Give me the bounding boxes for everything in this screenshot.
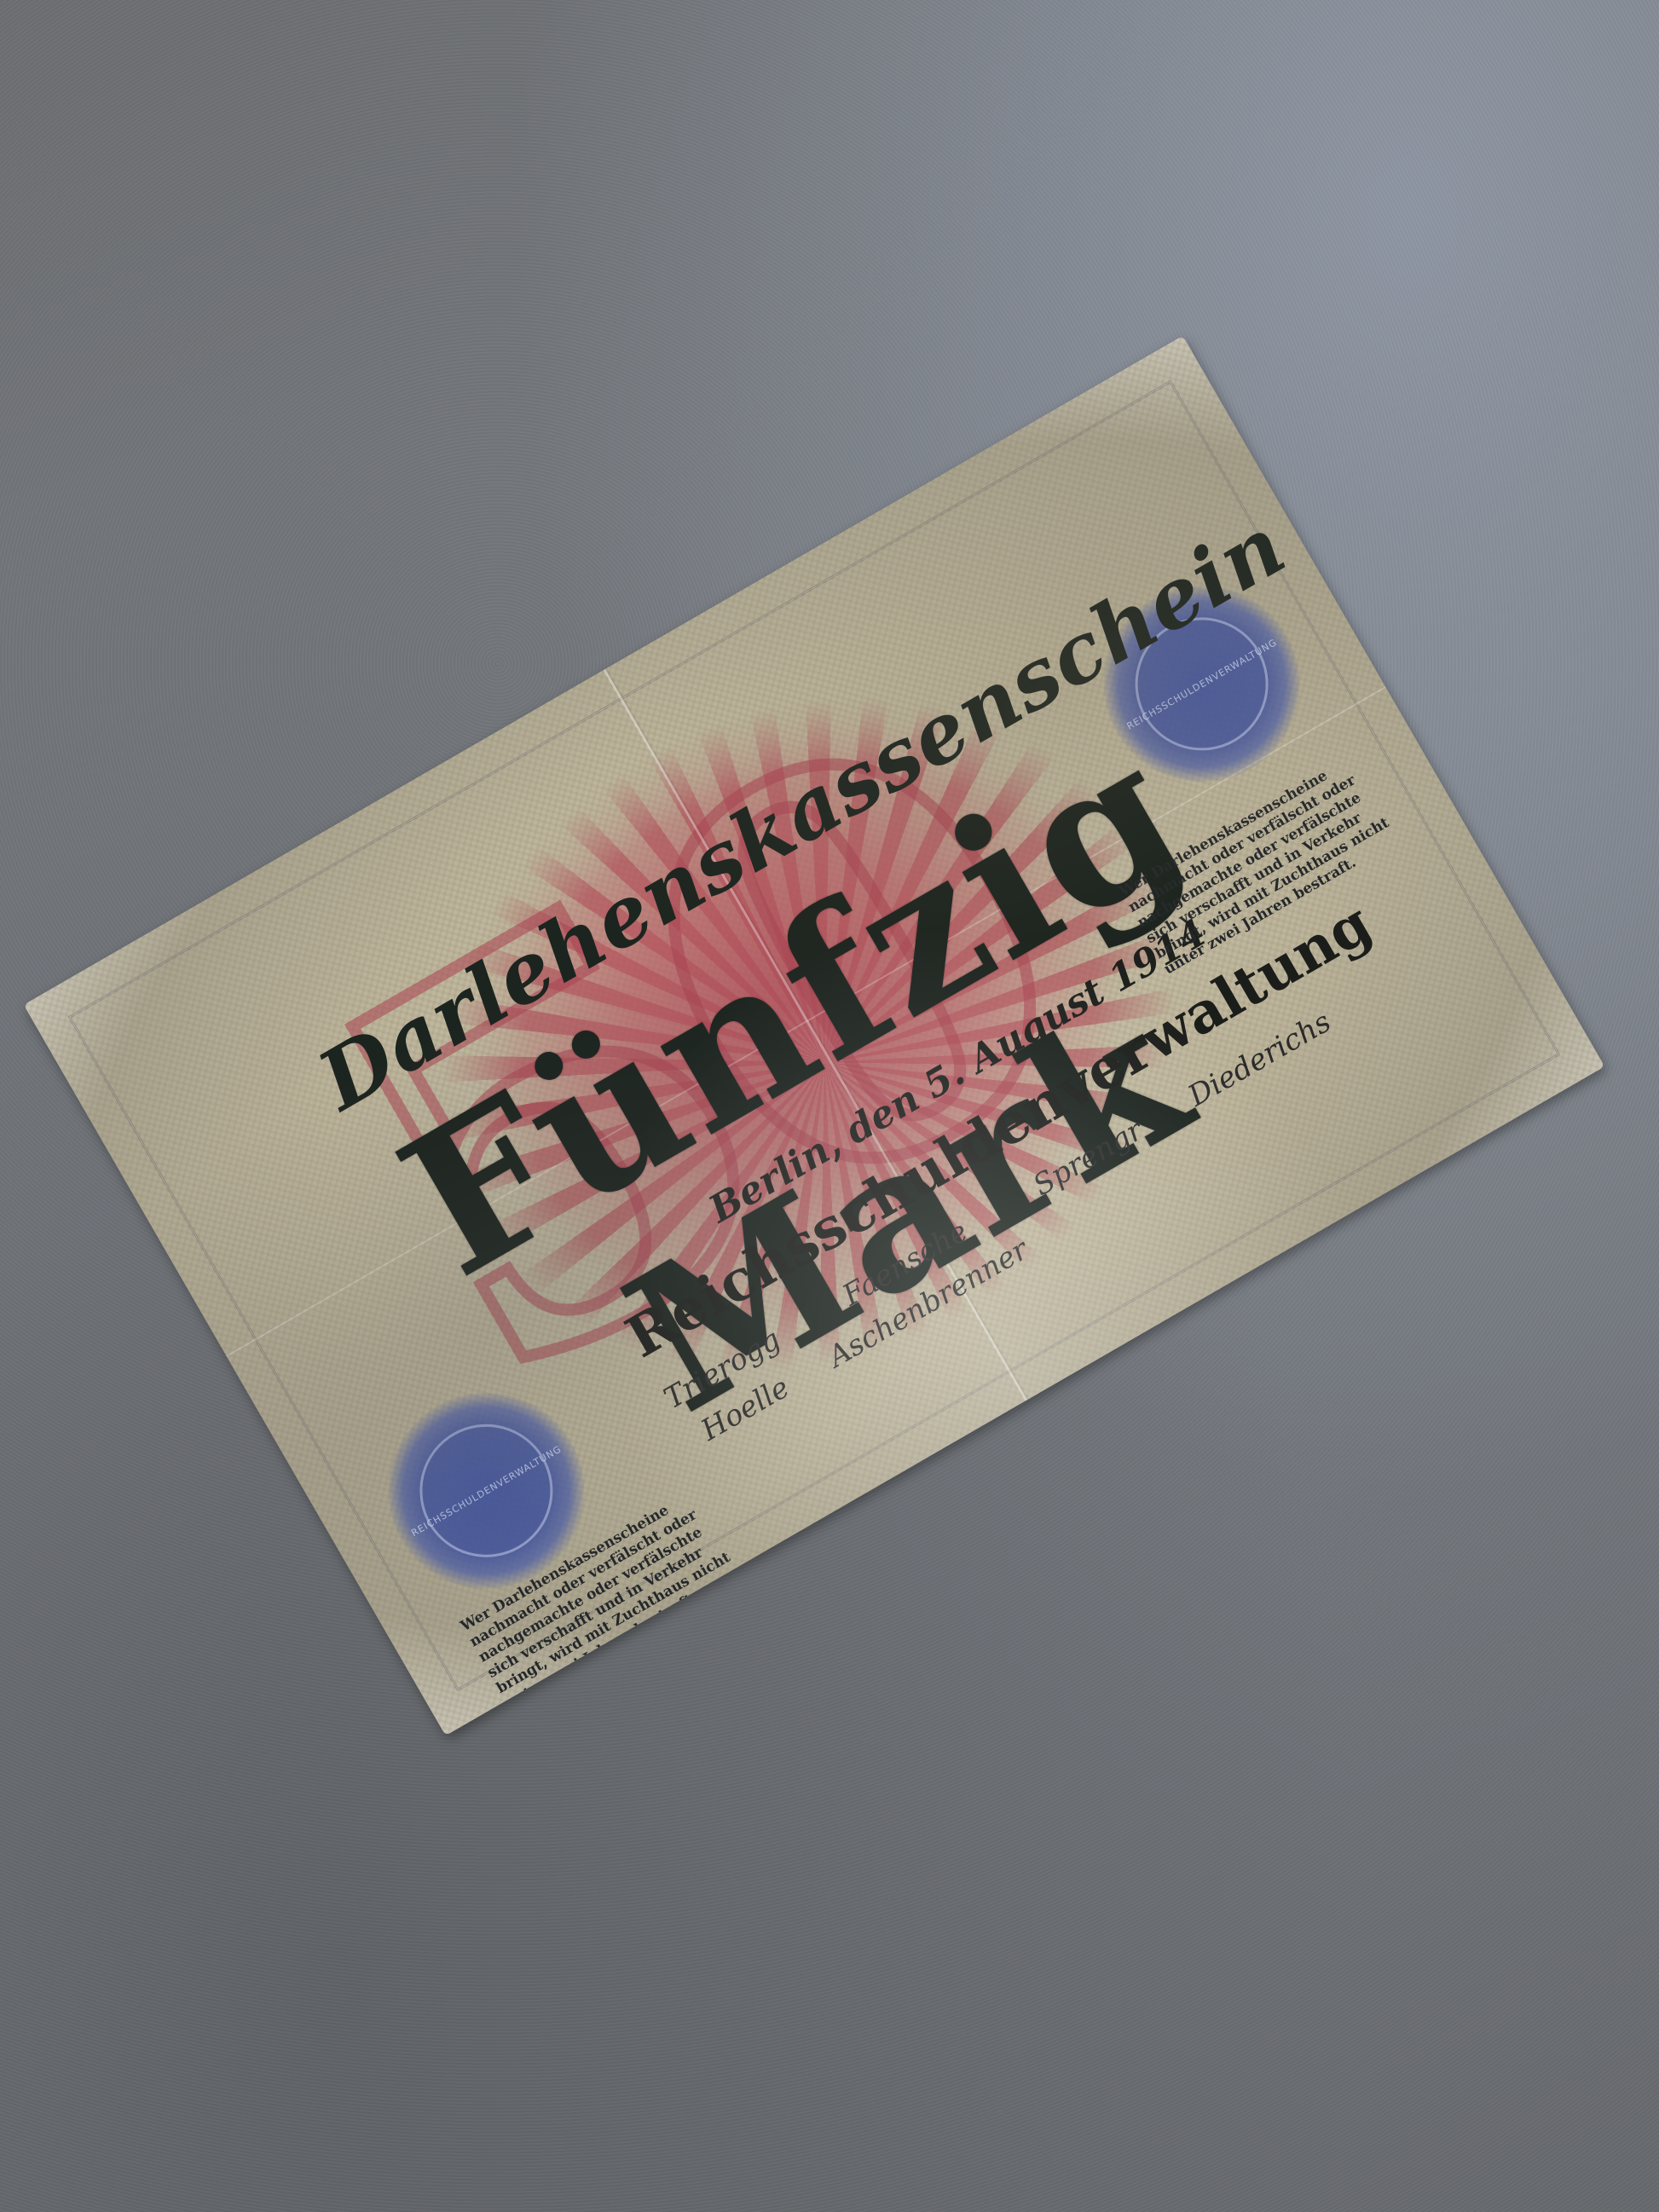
banknote: 50 REICHSSCHULDENVERWALTUNG REICHSSCHULD… (24, 336, 1605, 1736)
